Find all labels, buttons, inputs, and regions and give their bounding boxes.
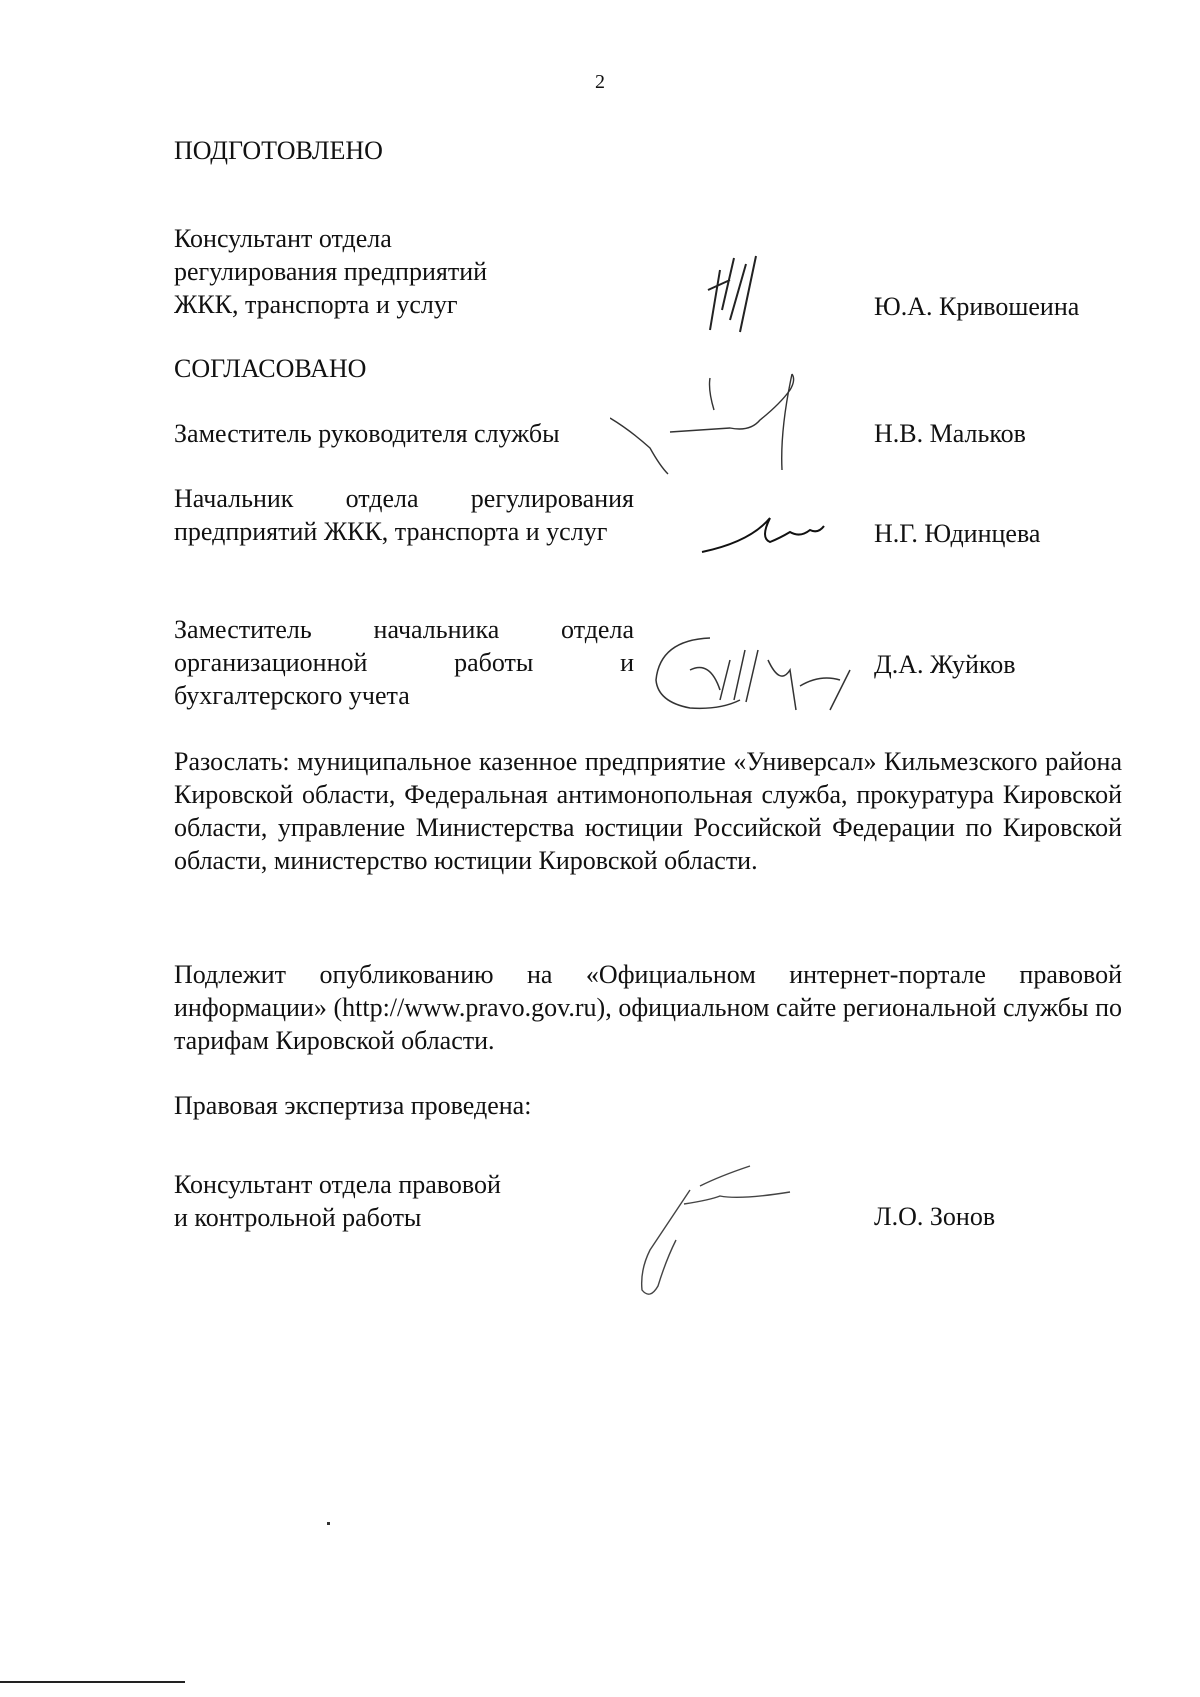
signature-krivosheina — [700, 250, 770, 340]
signatory-name: Н.Г. Юдинцева — [874, 517, 1040, 550]
scan-dot — [327, 1522, 330, 1525]
signature-yudintseva — [700, 508, 830, 558]
prepared-position: Консультант отдела регулирования предпри… — [174, 222, 634, 321]
signature-malkov — [610, 370, 870, 480]
page-number: 2 — [0, 66, 1200, 99]
position-line: регулирования предприятий — [174, 255, 634, 288]
signatory-name: Д.А. Жуйков — [874, 648, 1016, 681]
distribution-list: Разослать: муниципальное казенное предпр… — [174, 745, 1122, 877]
approved-heading: СОГЛАСОВАНО — [174, 352, 366, 385]
prepared-name: Ю.А. Кривошеина — [874, 290, 1079, 323]
prepared-heading: ПОДГОТОВЛЕНО — [174, 134, 383, 167]
position-line: ЖКК, транспорта и услуг — [174, 288, 634, 321]
signature-zhuikov — [650, 630, 880, 720]
signatory-name: Н.В. Мальков — [874, 417, 1026, 450]
signatory-position: Заместитель начальника отдела организаци… — [174, 613, 634, 712]
position-line: Консультант отдела — [174, 222, 634, 255]
position-line: Консультант отдела правовой — [174, 1168, 634, 1201]
signatory-position: Заместитель руководителя службы — [174, 417, 560, 450]
signature-zonov — [610, 1160, 800, 1310]
signatory-position: Начальник отдела регулирования предприят… — [174, 482, 634, 548]
legal-review-position: Консультант отдела правовой и контрольно… — [174, 1168, 634, 1234]
position-line: и контрольной работы — [174, 1201, 634, 1234]
legal-review-heading: Правовая экспертиза проведена: — [174, 1089, 531, 1122]
publication-note: Подлежит опубликованию на «Официальном и… — [174, 958, 1122, 1057]
legal-review-name: Л.О. Зонов — [874, 1200, 995, 1233]
footer-divider — [0, 1681, 185, 1683]
